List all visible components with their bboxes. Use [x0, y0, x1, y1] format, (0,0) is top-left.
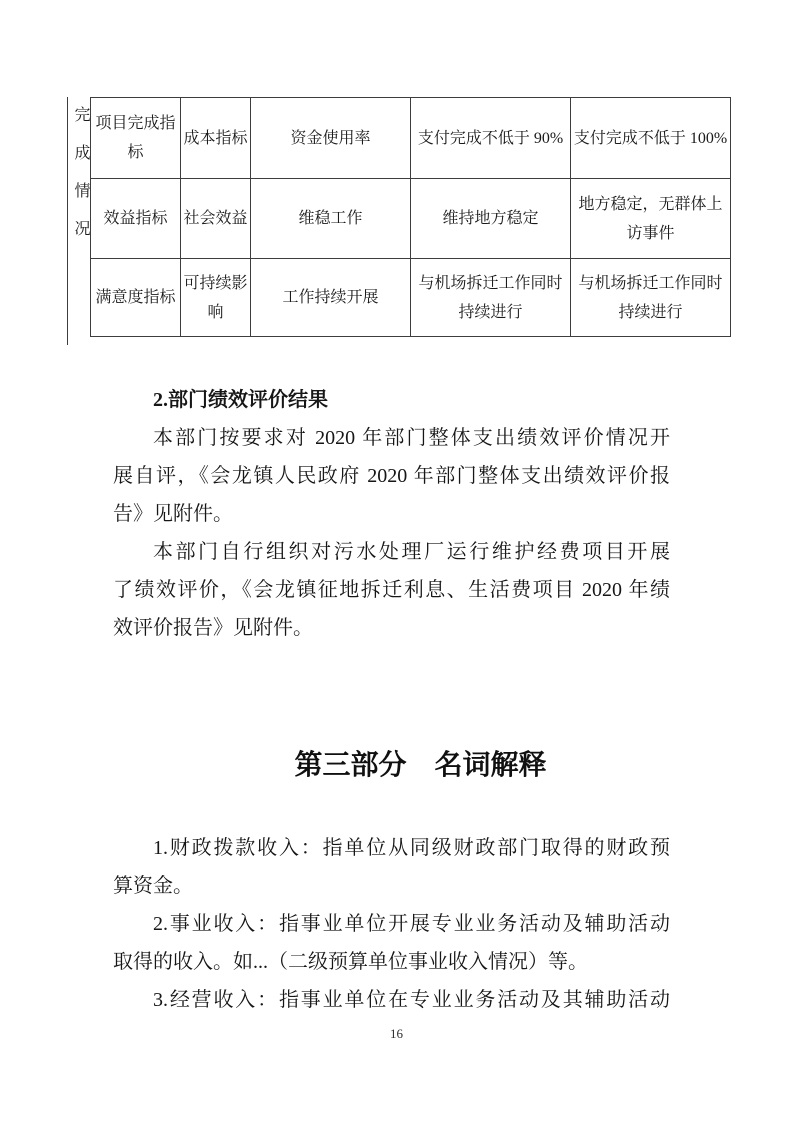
table-cell-actual-value: 支付完成不低于 100%	[571, 98, 731, 179]
page-number: 16	[0, 1026, 793, 1042]
table-cell-actual-value: 地方稳定，无群体上访事件	[571, 179, 731, 259]
paragraph-line: 效评价报告》见附件。	[113, 609, 670, 647]
document-page: 完成情况 项目完成指标 成本指标 资金使用率 支付完成不低于 90% 支付完成不…	[0, 0, 793, 1122]
paragraph-line: 告》见附件。	[113, 495, 670, 533]
table-cell-indicator-class: 社会效益	[181, 179, 251, 259]
table-cell-actual-value: 与机场拆迁工作同时持续进行	[571, 259, 731, 337]
table-side-header-cell: 完成情况	[67, 97, 91, 345]
term-line: 取得的收入。如...（二级预算单位事业收入情况）等。	[113, 943, 670, 981]
term-line: 3.经营收入：指事业单位在专业业务活动及其辅助活动	[113, 981, 670, 1019]
table-cell-indicator-class: 成本指标	[181, 98, 251, 179]
part3-chapter-heading: 第三部分 名词解释	[0, 746, 793, 784]
table-cell-indicator-name: 工作持续开展	[251, 259, 411, 337]
term-line: 2.事业收入：指事业单位开展专业业务活动及辅助活动	[113, 905, 670, 943]
term-line: 算资金。	[113, 867, 670, 905]
glossary-section: 1.财政拨款收入：指单位从同级财政部门取得的财政预 算资金。 2.事业收入：指事…	[113, 829, 670, 1019]
table-cell-target-value: 维持地方稳定	[411, 179, 571, 259]
paragraph-line: 本部门自行组织对污水处理厂运行维护经费项目开展	[113, 533, 670, 571]
table-cell-target-value: 支付完成不低于 90%	[411, 98, 571, 179]
paragraph-line: 了绩效评价，《会龙镇征地拆迁利息、生活费项目 2020 年绩	[113, 571, 670, 609]
table-cell-indicator-name: 维稳工作	[251, 179, 411, 259]
term-line: 1.财政拨款收入：指单位从同级财政部门取得的财政预	[113, 829, 670, 867]
table-cell-indicator-type: 项目完成指标	[91, 98, 181, 179]
table-cell-target-value: 与机场拆迁工作同时持续进行	[411, 259, 571, 337]
section-heading: 2.部门绩效评价结果	[113, 381, 670, 419]
evaluation-results-section: 2.部门绩效评价结果 本部门按要求对 2020 年部门整体支出绩效评价情况开 展…	[113, 381, 670, 647]
table-side-header-completion-status: 完成情况	[72, 106, 88, 258]
paragraph-line: 展自评，《会龙镇人民政府 2020 年部门整体支出绩效评价报	[113, 457, 670, 495]
table-cell-indicator-name: 资金使用率	[251, 98, 411, 179]
table-cell-indicator-type: 满意度指标	[91, 259, 181, 337]
table-cell-indicator-class: 可持续影响	[181, 259, 251, 337]
table-cell-indicator-type: 效益指标	[91, 179, 181, 259]
performance-indicator-table: 项目完成指标 成本指标 资金使用率 支付完成不低于 90% 支付完成不低于 10…	[90, 97, 731, 337]
paragraph-line: 本部门按要求对 2020 年部门整体支出绩效评价情况开	[113, 419, 670, 457]
